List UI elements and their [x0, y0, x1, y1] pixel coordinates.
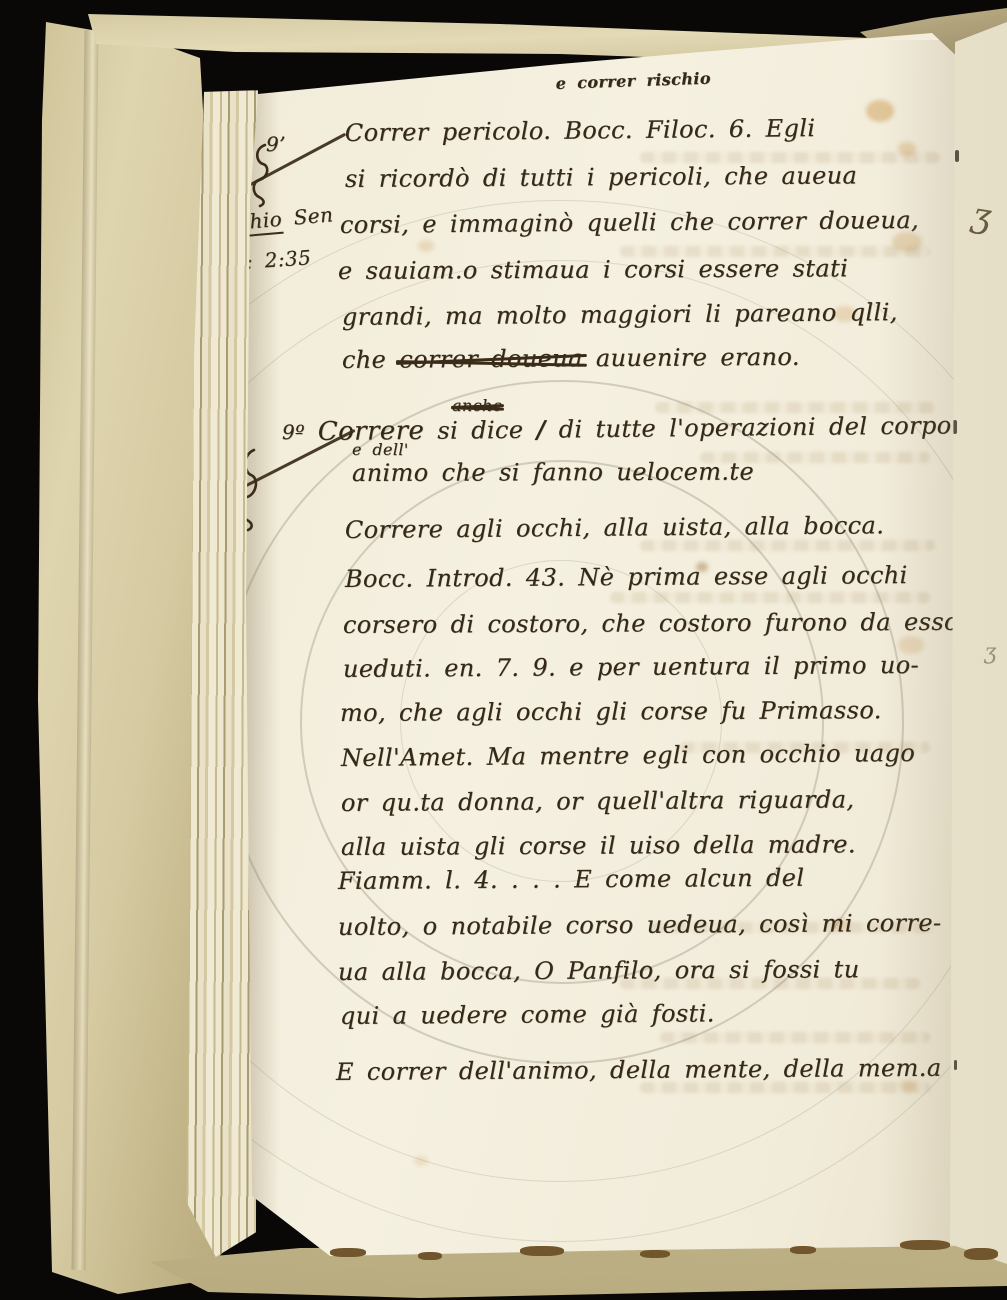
struck-word: anche [452, 396, 503, 415]
text-line: or qu.ta donna, or quell'altra riguarda, [341, 785, 855, 817]
interlinear-insertion: e dell' [352, 440, 409, 459]
text-line: Nell'Amet. Ma mentre egli con occhio uag… [341, 739, 916, 772]
ghost-flourish: ʒ [969, 195, 994, 238]
text-line: ua alla bocca, O Panfilo, ora si fossi t… [338, 955, 860, 986]
text-line: Correre agli occhi, alla uista, alla boc… [345, 511, 885, 544]
torn-edge-spot [964, 1248, 998, 1260]
text-line: si ricordò di tutti i pericoli, che aueu… [345, 161, 858, 193]
text-line: E correr dell'animo, della mente, della … [336, 1054, 942, 1086]
text-line: Fiamm. l. 4. . . . E come alcun del [338, 864, 805, 895]
torn-edge-spot [790, 1246, 816, 1254]
text-segment: Sen [281, 202, 334, 230]
text-segment: auuenire erano. [583, 343, 800, 373]
inserted-heading: e correr rischio [555, 69, 711, 93]
torn-edge-spot [418, 1252, 442, 1260]
stain [898, 636, 924, 654]
stain [418, 240, 434, 252]
text-line: uolto, o notabile corso uedeua, così mi … [338, 909, 942, 941]
text-line: ueduti. en. 7. 9. e per uentura il primo… [343, 651, 919, 683]
text-line: corsero di costoro, che costoro furono d… [343, 608, 959, 639]
text-segment: si dice [424, 416, 536, 445]
stain [892, 232, 922, 252]
stain [866, 100, 894, 122]
text-line: grandi, ma molto maggiori li pareano qll… [342, 298, 898, 331]
torn-edge-spot [330, 1248, 366, 1257]
ghost-flourish: ʒ [984, 640, 996, 665]
margin-number: 9’ [266, 132, 286, 156]
text-line: e sauiam.o stimaua i corsi essere stati [338, 254, 848, 285]
text-line: Correr pericolo. Bocc. Filoc. 6. Egli [345, 114, 816, 147]
text-line: mo, che agli occhi gli corse fu Primasso… [340, 696, 882, 727]
crease-nick [955, 150, 959, 162]
text-line: corsi, e immaginò quelli che correr doue… [340, 206, 919, 239]
caret-mark: / [536, 415, 545, 444]
stain [898, 142, 916, 156]
manuscript-photo: e correr rischio Correr pericolo. Bocc. … [0, 0, 1007, 1300]
torn-edge-spot [640, 1250, 670, 1258]
text-segment: che [342, 346, 400, 374]
margin-number: 9º [282, 420, 305, 444]
struck-insertion: anche [452, 396, 503, 415]
text-line: animo che si fanno uelocem.te [352, 458, 754, 487]
stain [900, 1080, 916, 1092]
crease-nick [953, 420, 957, 434]
text-segment: di tutte l'operazioni del corpo [545, 411, 951, 443]
text-line: che correr doueua auuenire erano. [342, 343, 800, 374]
torn-edge-spot [900, 1240, 950, 1250]
struck-words: correr doueua [399, 344, 583, 373]
text-line: alla uista gli corse il uiso della madre… [341, 830, 856, 861]
stain [414, 1156, 428, 1166]
text-line: qui a uedere come già fosti. [340, 999, 715, 1030]
crease-nick [954, 1060, 957, 1070]
text-line: Bocc. Introd. 43. Nè prima esse agli occ… [345, 561, 908, 593]
torn-edge-spot [520, 1246, 564, 1256]
